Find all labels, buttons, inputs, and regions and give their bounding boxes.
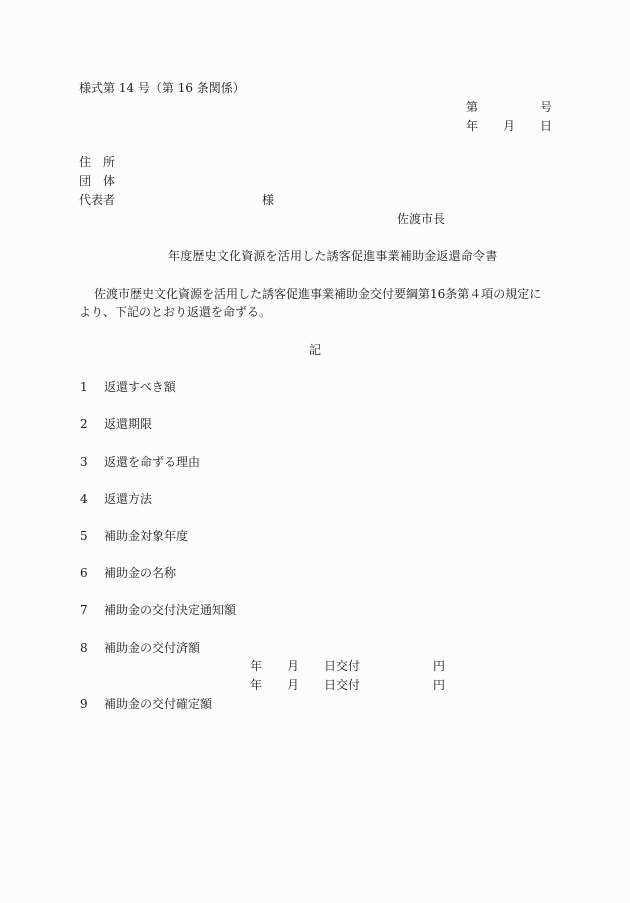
list-item: 7補助金の交付決定通知額 (80, 603, 236, 617)
list-item: 2返還期限 (80, 417, 152, 431)
list-item: 4返還方法 (80, 492, 152, 506)
paid-month: 月 (287, 659, 299, 673)
body-text-line-1: 佐渡市歴史文化資源を活用した誘客促進事業補助金交付要綱第16条第４項の規定に (94, 287, 541, 301)
item-number: 6 (80, 566, 104, 580)
item-label: 返還すべき額 (104, 380, 176, 394)
doc-number-prefix: 第 (466, 100, 478, 114)
paid-yen: 円 (433, 678, 445, 692)
item-number: 2 (80, 417, 104, 431)
paid-yen: 円 (433, 659, 445, 673)
list-item: 8補助金の交付済額 (80, 641, 200, 655)
paid-month: 月 (287, 678, 299, 692)
date-month: 月 (503, 119, 515, 133)
list-item: 1返還すべき額 (80, 380, 176, 394)
doc-number-suffix: 号 (540, 100, 552, 114)
document-title: 年度歴史文化資源を活用した誘客促進事業補助金返還命令書 (168, 249, 497, 263)
item-label: 補助金対象年度 (104, 529, 188, 543)
ki-heading: 記 (309, 343, 321, 357)
list-item: 3返還を命ずる理由 (80, 455, 200, 469)
date-year: 年 (466, 119, 478, 133)
item-label: 補助金の交付決定通知額 (104, 603, 236, 617)
item-label: 補助金の交付確定額 (104, 697, 212, 711)
item-number: 3 (80, 455, 104, 469)
group-label: 団 体 (79, 174, 115, 188)
item-label: 補助金の名称 (104, 566, 176, 580)
paid-year: 年 (250, 659, 262, 673)
item-number: 9 (80, 697, 104, 711)
document-page: { "header": { "form_number": "様式第 14 号（第… (0, 0, 630, 903)
item-label: 返還期限 (104, 417, 152, 431)
form-number: 様式第 14 号（第 16 条関係） (79, 81, 245, 95)
item-label: 返還方法 (104, 492, 152, 506)
list-item: 6補助金の名称 (80, 566, 176, 580)
body-text-line-2: より、下記のとおり返還を命ずる。 (79, 305, 271, 319)
item-number: 1 (80, 380, 104, 394)
list-item: 5補助金対象年度 (80, 529, 188, 543)
paid-day: 日交付 (324, 659, 360, 673)
item-number: 5 (80, 529, 104, 543)
item-number: 8 (80, 641, 104, 655)
item-label: 返還を命ずる理由 (104, 455, 200, 469)
item-number: 7 (80, 603, 104, 617)
sender-name: 佐渡市長 (397, 212, 445, 226)
date-day: 日 (540, 119, 552, 133)
honorific: 様 (262, 193, 274, 207)
paid-day: 日交付 (324, 678, 360, 692)
address-label: 住 所 (79, 155, 115, 169)
list-item: 9補助金の交付確定額 (80, 697, 212, 711)
item-number: 4 (80, 492, 104, 506)
representative-label: 代表者 (79, 193, 115, 207)
paid-year: 年 (250, 678, 262, 692)
item-label: 補助金の交付済額 (104, 641, 200, 655)
